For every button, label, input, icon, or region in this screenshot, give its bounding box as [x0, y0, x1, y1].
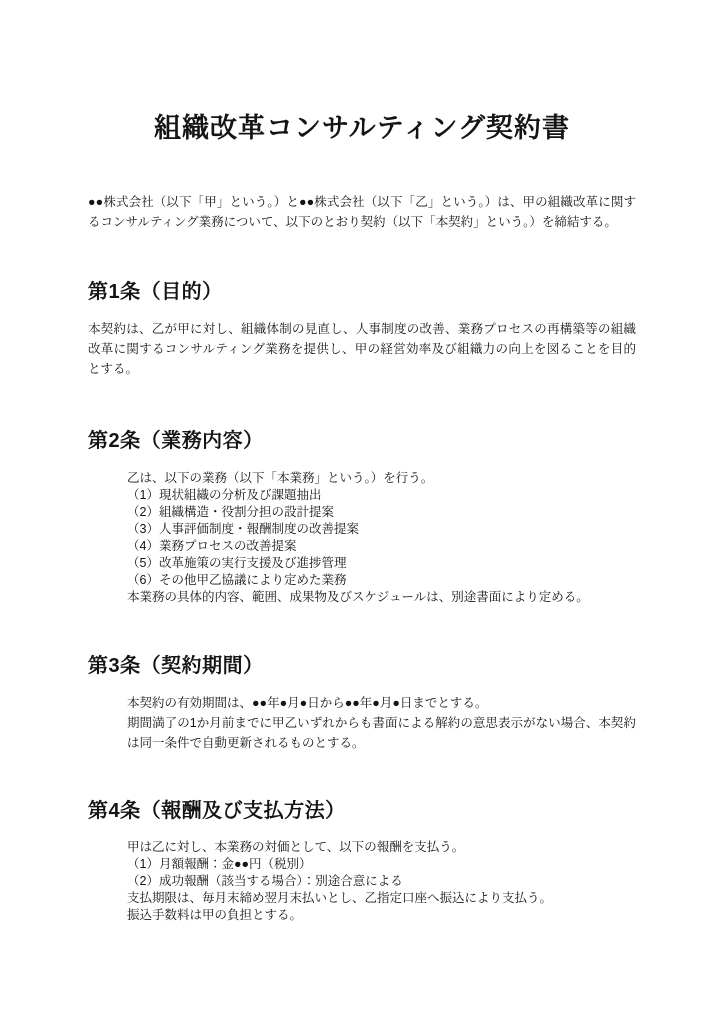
section-article-4: 第4条（報酬及び支払方法） 甲は乙に対し、本業務の対価として、以下の報酬を支払う…	[88, 799, 636, 924]
article-4-item-2: （2）成功報酬（該当する場合）：別途合意による	[127, 873, 636, 890]
article-3-renewal-line: 期間満了の1か月前までに甲乙いずれからも書面による解約の意思表示がない場合、本契…	[127, 713, 636, 753]
article-2-item-2: （2）組織構造・役割分担の設計提案	[127, 504, 636, 521]
article-4-fee-line: 振込手数料は甲の負担とする。	[127, 907, 636, 924]
article-1-body: 本契約は、乙が甲に対し、組織体制の見直し、人事制度の改善、業務プロセスの再構築等…	[88, 319, 636, 379]
article-2-item-4: （4）業務プロセスの改善提案	[127, 538, 636, 555]
section-article-2: 第2条（業務内容） 乙は、以下の業務（以下「本業務」という。）を行う。 （1）現…	[88, 429, 636, 606]
article-3-term-line: 本契約の有効期間は、●●年●月●日から●●年●月●日までとする。	[127, 693, 636, 713]
document-title: 組織改革コンサルティング契約書	[88, 0, 636, 145]
article-3-heading: 第3条（契約期間）	[88, 654, 636, 679]
article-4-body: 甲は乙に対し、本業務の対価として、以下の報酬を支払う。 （1）月額報酬：金●●円…	[127, 839, 636, 924]
article-2-item-1: （1）現状組織の分析及び課題抽出	[127, 487, 636, 504]
article-4-lead-line: 甲は乙に対し、本業務の対価として、以下の報酬を支払う。	[127, 839, 636, 856]
article-2-closing-line: 本業務の具体的内容、範囲、成果物及びスケジュールは、別途書面により定める。	[127, 589, 636, 606]
article-1-paragraph: 本契約は、乙が甲に対し、組織体制の見直し、人事制度の改善、業務プロセスの再構築等…	[88, 319, 636, 379]
article-2-item-6: （6）その他甲乙協議により定めた業務	[127, 572, 636, 589]
article-2-lead-line: 乙は、以下の業務（以下「本業務」という。）を行う。	[127, 470, 636, 487]
article-3-body: 本契約の有効期間は、●●年●月●日から●●年●月●日までとする。 期間満了の1か…	[127, 693, 636, 753]
article-4-heading: 第4条（報酬及び支払方法）	[88, 799, 636, 824]
article-4-payment-line: 支払期限は、毎月末締め翌月末払いとし、乙指定口座へ振込により支払う。	[127, 890, 636, 907]
article-2-item-3: （3）人事評価制度・報酬制度の改善提案	[127, 521, 636, 538]
contract-document-page: 組織改革コンサルティング契約書 ●●株式会社（以下「甲」という。）と●●株式会社…	[0, 0, 724, 1024]
section-article-1: 第1条（目的） 本契約は、乙が甲に対し、組織体制の見直し、人事制度の改善、業務プ…	[88, 280, 636, 379]
section-article-3: 第3条（契約期間） 本契約の有効期間は、●●年●月●日から●●年●月●日までとす…	[88, 654, 636, 753]
intro-paragraph: ●●株式会社（以下「甲」という。）と●●株式会社（以下「乙」という。）は、甲の組…	[88, 192, 636, 232]
article-2-item-5: （5）改革施策の実行支援及び進捗管理	[127, 555, 636, 572]
article-2-heading: 第2条（業務内容）	[88, 429, 636, 454]
article-4-item-1: （1）月額報酬：金●●円（税別）	[127, 856, 636, 873]
article-1-heading: 第1条（目的）	[88, 280, 636, 305]
article-2-body: 乙は、以下の業務（以下「本業務」という。）を行う。 （1）現状組織の分析及び課題…	[127, 470, 636, 606]
